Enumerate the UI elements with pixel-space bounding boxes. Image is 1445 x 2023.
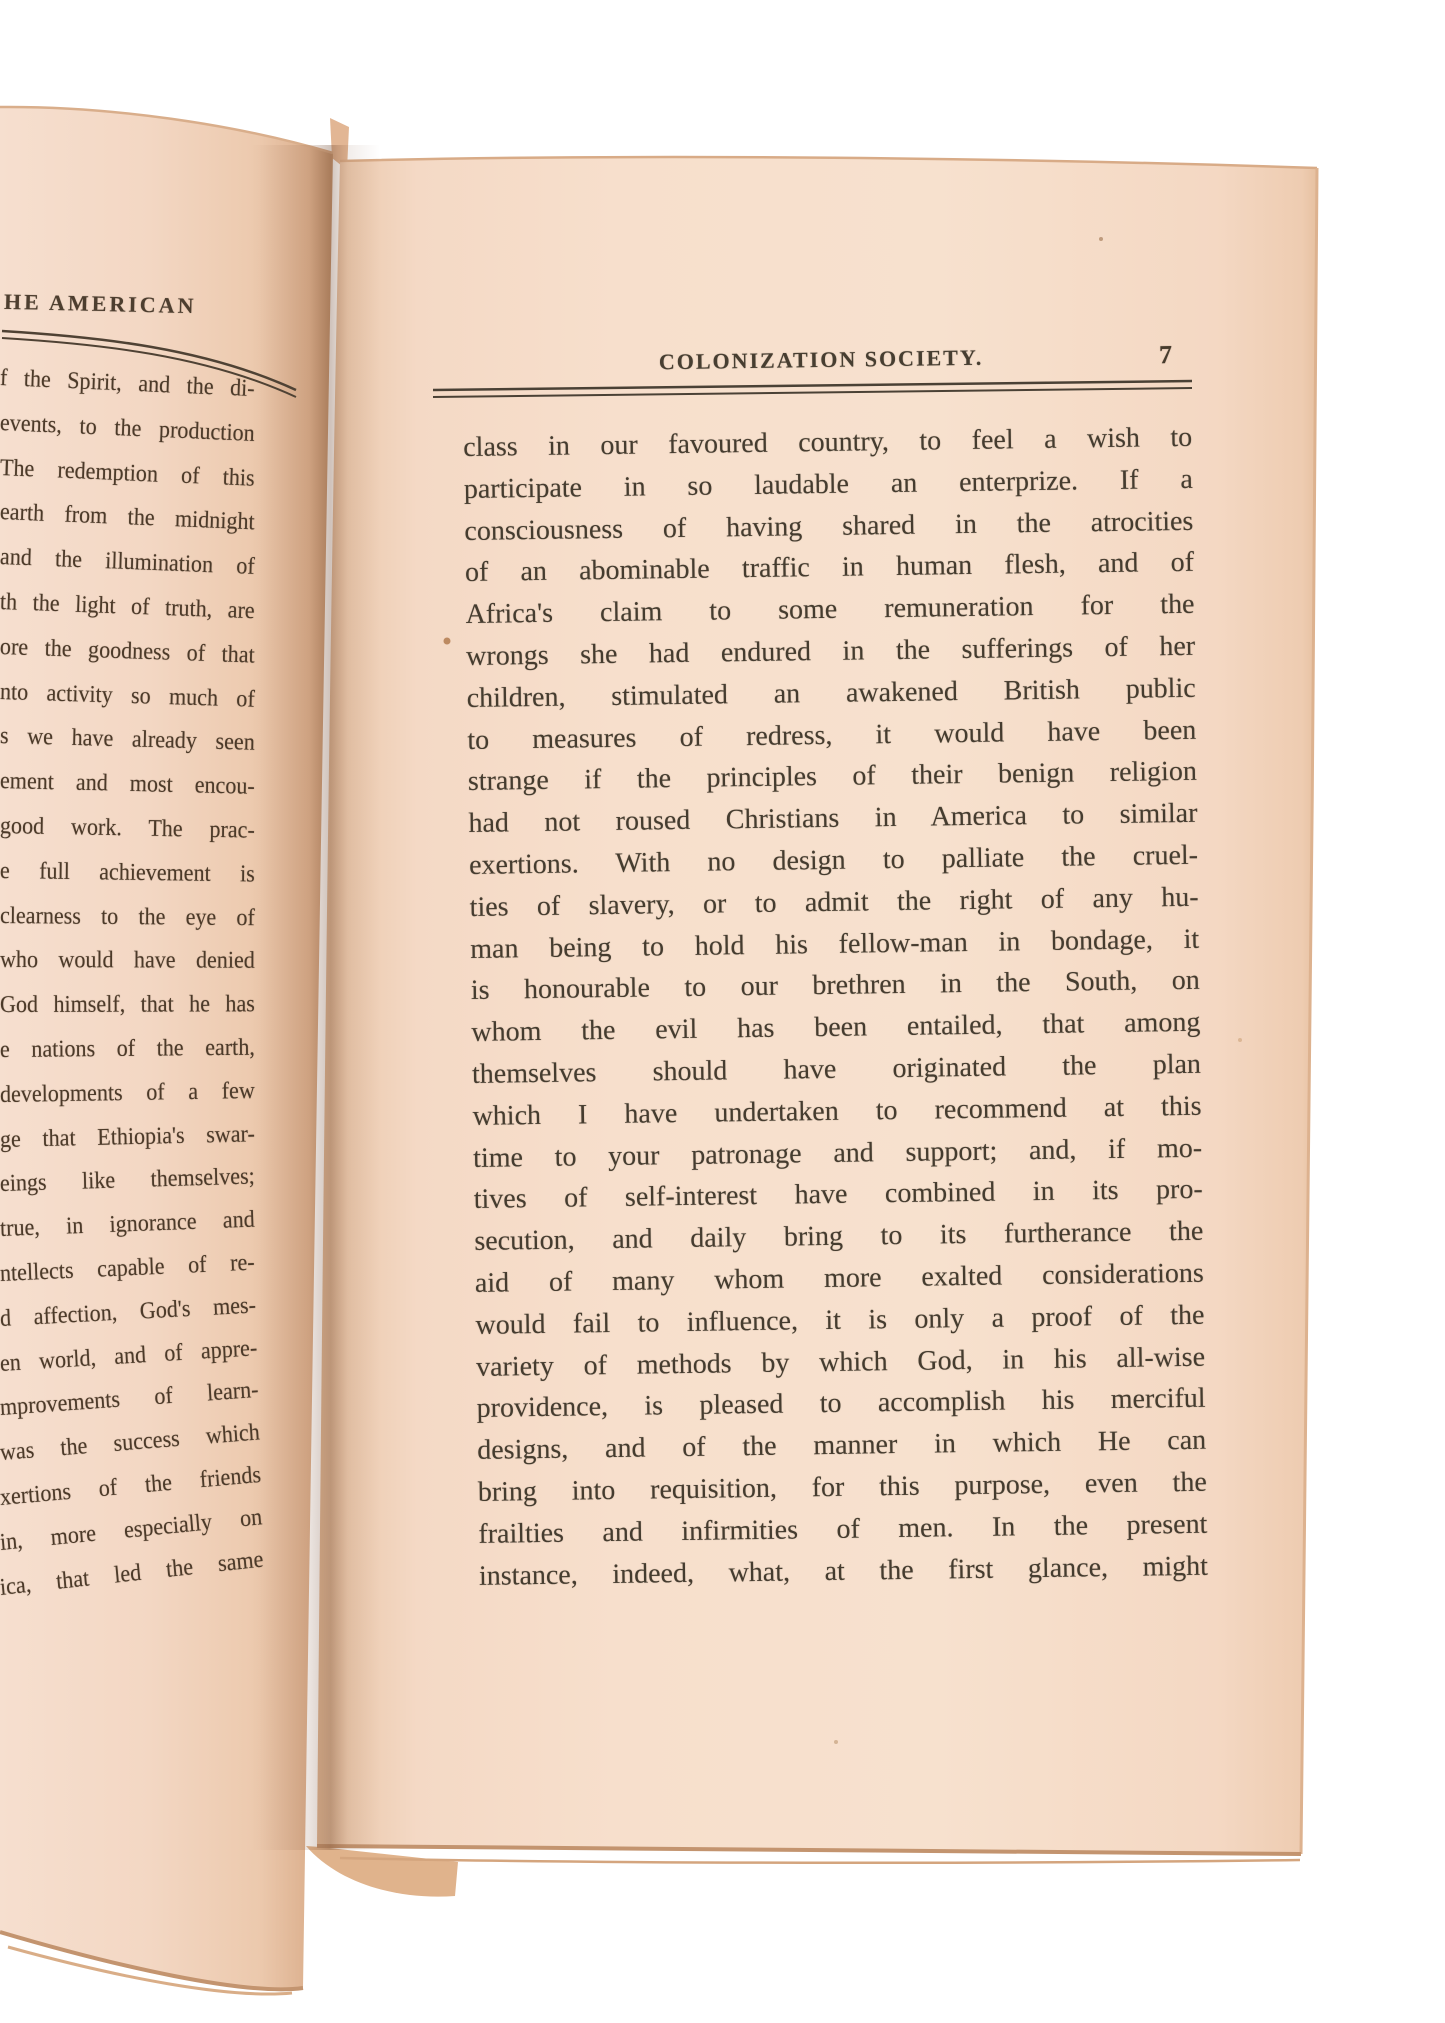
text-line: whom the evil has been entailed, that am… [471,1005,1200,1051]
text-line: bring into requisition, for this purpose… [478,1465,1207,1511]
text-line: is honourable to our brethren in the Sou… [471,963,1200,1009]
text-line: variety of methods by which God, in his … [476,1339,1205,1385]
text-line: time to your patronage and support; and,… [473,1130,1202,1176]
text-line: ties of slavery, or to admit the right o… [469,880,1198,926]
text-line: providence, is pleased to accomplish his… [476,1381,1205,1427]
text-line: instance, indeed, what, at the first gla… [479,1548,1208,1594]
text-line: Africa's claim to some remuneration for … [465,587,1194,633]
right-page: COLONIZATION SOCIETY. 7 class in our fav… [0,0,1445,2023]
text-line: wrongs she had endured in the sufferings… [466,629,1195,675]
text-line: tives of self-interest have combined in … [474,1172,1203,1218]
text-line: class in our favoured country, to feel a… [463,420,1192,466]
text-line: of an abominable traffic in human flesh,… [465,545,1194,591]
page-number: 7 [1159,340,1172,370]
text-line: to measures of redress, it would have be… [467,712,1196,758]
right-running-header: COLONIZATION SOCIETY. [659,345,984,376]
text-line: designs, and of the manner in which He c… [477,1423,1206,1469]
text-line: consciousness of having shared in the at… [464,503,1193,549]
text-line: man being to hold his fellow-man in bond… [470,921,1199,967]
text-line: strange if the principles of their benig… [468,754,1197,800]
open-book-photo: HE AMERICAN f the Spirit, and the di-eve… [0,0,1445,2023]
text-line: exertions. With no design to palliate th… [469,838,1198,884]
text-line: themselves should have originated the pl… [472,1047,1201,1093]
text-line: participate in so laudable an enterprize… [464,462,1193,508]
text-line: had not roused Christians in America to … [468,796,1197,842]
text-line: secution, and daily bring to its further… [474,1214,1203,1260]
text-line: aid of many whom more exalted considerat… [475,1256,1204,1302]
text-line: frailties and infirmities of men. In the… [478,1507,1207,1553]
text-line: would fail to influence, it is only a pr… [475,1298,1204,1344]
text-line: children, stimulated an awakened British… [467,671,1196,717]
text-line: which I have undertaken to recommend at … [472,1089,1201,1135]
